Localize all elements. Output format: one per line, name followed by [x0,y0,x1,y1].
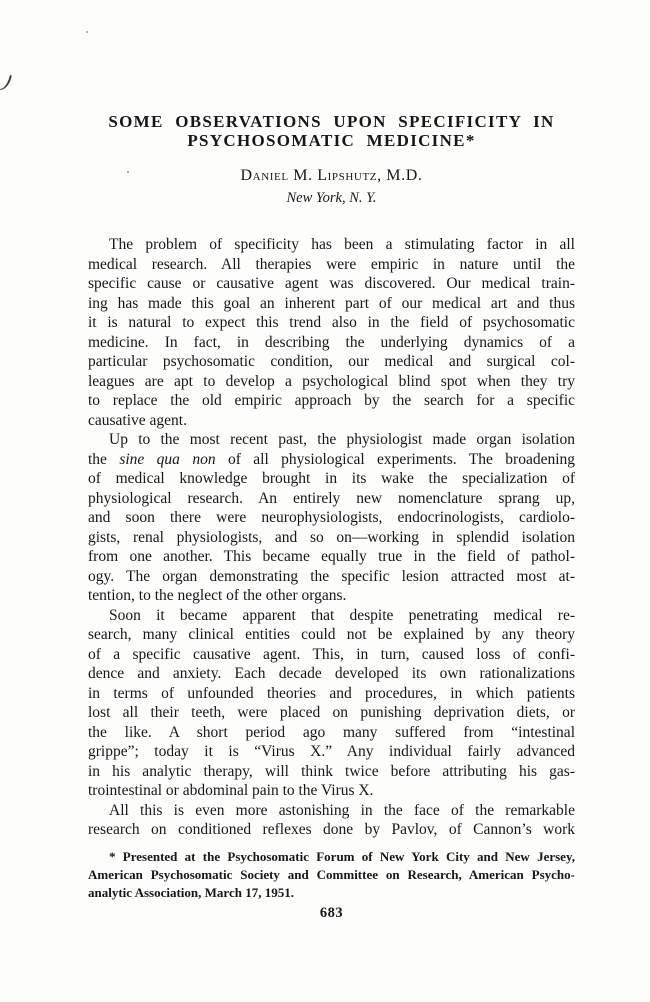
text-line: of a specific causative agent. This, in … [88,645,575,665]
article-title-line-2: PSYCHOSOMATIC MEDICINE* [88,131,575,150]
text-line: it is natural to expect this trend also … [88,313,575,333]
text-line: medical research. All therapies were emp… [88,255,575,275]
page-number: 683 [88,905,575,922]
text-line: the sine qua non of all physiological ex… [88,450,575,470]
paragraph: * Presented at the Psychosomatic Forum o… [88,848,575,902]
text-line: in his analytic therapy, will think twic… [88,762,575,782]
footnote: * Presented at the Psychosomatic Forum o… [88,848,575,902]
article-title-line-1: SOME OBSERVATIONS UPON SPECIFICITY IN [88,112,575,131]
text-line: dence and anxiety. Each decade developed… [88,664,575,684]
text-line: from one another. This became equally tr… [88,547,575,567]
scan-speck [127,171,129,173]
text-line: analytic Association, March 17, 1951. [88,884,575,902]
text-line: medicine. In fact, in describing the und… [88,333,575,353]
text-line: in terms of unfounded theories and proce… [88,684,575,704]
article-body: The problem of specificity has been a st… [88,235,575,840]
author-location: New York, N. Y. [88,190,575,207]
paragraph: All this is even more astonishing in the… [88,801,575,840]
text-line: of medical knowledge brought in its wake… [88,469,575,489]
text-line: trointestinal or abdominal pain to the V… [88,781,575,801]
text-line: lost all their teeth, were placed on pun… [88,703,575,723]
text-line: Soon it became apparent that despite pen… [88,606,575,626]
text-line: leagues are apt to develop a psychologic… [88,372,575,392]
text-line: tention, to the neglect of the other org… [88,586,575,606]
paragraph: Soon it became apparent that despite pen… [88,606,575,801]
text-line: All this is even more astonishing in the… [88,801,575,821]
scan-artifact-mark [0,73,12,92]
text-line: American Psychosomatic Society and Commi… [88,866,575,884]
document-page: SOME OBSERVATIONS UPON SPECIFICITY IN PS… [0,0,650,1002]
text-line: to replace the old empiric approach by t… [88,391,575,411]
text-line: the like. A short period ago many suffer… [88,723,575,743]
author-name: Daniel M. Lipshutz, M.D. [88,167,575,185]
paragraph: Up to the most recent past, the physiolo… [88,430,575,606]
text-line: ogy. The organ demonstrating the specifi… [88,567,575,587]
text-line: Up to the most recent past, the physiolo… [88,430,575,450]
text-line: grippe”; today it is “Virus X.” Any indi… [88,742,575,762]
text-line: particular psychosomatic condition, our … [88,352,575,372]
text-line: gists, renal physiologists, and so on—wo… [88,528,575,548]
text-line: The problem of specificity has been a st… [88,235,575,255]
text-line: ing has made this goal an inherent part … [88,294,575,314]
text-line: search, many clinical entities could not… [88,625,575,645]
paragraph: The problem of specificity has been a st… [88,235,575,430]
scan-speck [86,31,88,33]
text-line: * Presented at the Psychosomatic Forum o… [88,848,575,866]
text-line: research on conditioned reflexes done by… [88,820,575,840]
text-line: causative agent. [88,411,575,431]
text-line: physiological research. An entirely new … [88,489,575,509]
text-line: and soon there were neurophysiologists, … [88,508,575,528]
text-line: specific cause or causative agent was di… [88,274,575,294]
